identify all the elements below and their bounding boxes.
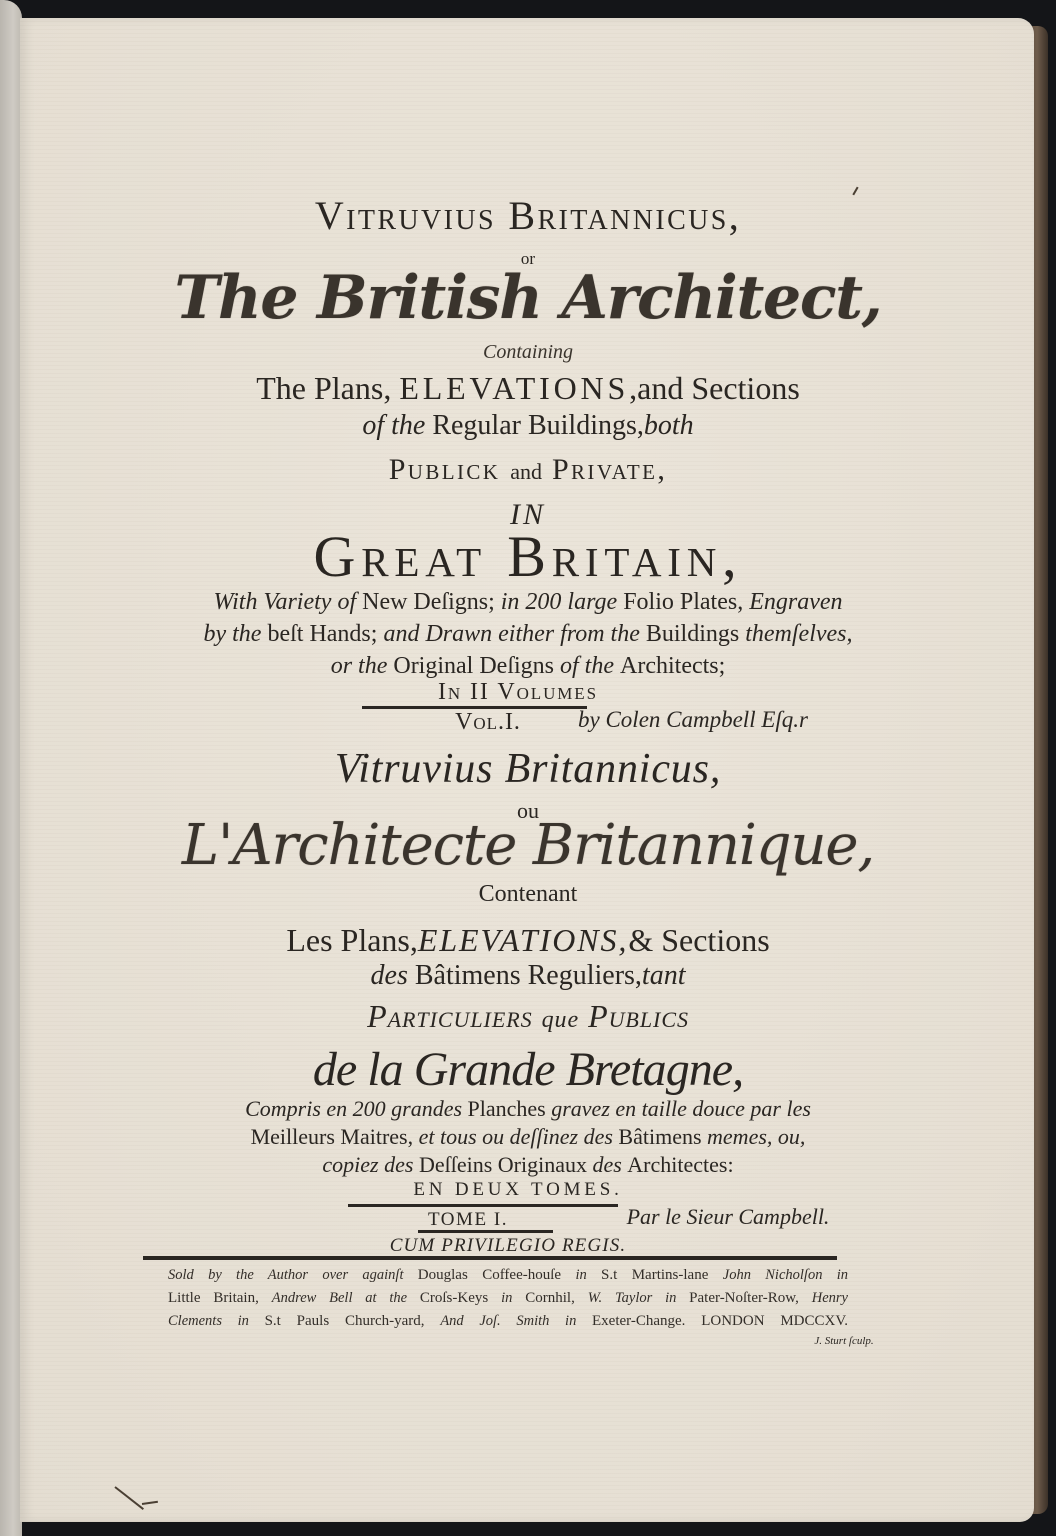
title-french: Vitruvius Britannicus, — [0, 748, 1056, 790]
text-run: des — [587, 1152, 627, 1177]
line-plans-elevations: The Plans, ELEVATIONS,and Sections — [0, 372, 1056, 404]
text-run: of the — [560, 653, 620, 679]
text: both — [644, 410, 694, 441]
text-run: Sold by the Author over againſt — [168, 1267, 418, 1283]
text-run: copiez des — [322, 1152, 419, 1177]
text-run: memes, ou, — [702, 1124, 806, 1149]
text-run: Architectes: — [627, 1152, 733, 1177]
line-variety-1: With Variety of New Deſigns; in 200 larg… — [0, 590, 1056, 614]
text: & Sections — [628, 922, 769, 958]
text-run: in — [501, 1290, 525, 1306]
line-great-britain: Great Britain, — [0, 528, 1056, 586]
text-run: W. Taylor in — [588, 1290, 689, 1306]
text-run: S.t Martins-lane — [601, 1267, 723, 1283]
imprint-line-1: Sold by the Author over againſt Douglas … — [168, 1264, 848, 1287]
text-run: John Nicholſon in — [723, 1267, 848, 1283]
text: of the — [362, 410, 432, 441]
text-run: Andrew Bell at the — [272, 1290, 420, 1306]
line-regular-buildings: of the Regular Buildings,both — [0, 412, 1056, 440]
text-run: Engraven — [743, 589, 842, 615]
line-compris-2: Meilleurs Maitres, et tous ou deſſinez d… — [0, 1126, 1056, 1148]
text-run: in 200 large — [495, 589, 623, 615]
text-run: Folio Plates, — [623, 589, 743, 615]
engraver-credit: J. Sturt ſculp. — [316, 1336, 1056, 1347]
line-variety-3: or the Original Deſigns of the Architect… — [0, 654, 1056, 678]
text-run: S.t Pauls Church-yard, — [265, 1313, 441, 1329]
text-run: Planches — [468, 1096, 546, 1121]
imprint-line-3: Clements in S.t Pauls Church-yard, And J… — [168, 1310, 848, 1333]
text: Publick — [389, 453, 501, 486]
text-run: gravez en taille douce par les — [546, 1096, 811, 1121]
text: Bâtimens Reguliers, — [415, 960, 642, 991]
text: Private, — [552, 453, 667, 486]
line-grande-bretagne: de la Grande Bretagne, — [0, 1046, 1056, 1094]
text: Publics — [588, 998, 689, 1034]
line-batimens: des Bâtimens Reguliers,tant — [0, 962, 1056, 990]
line-in-two-volumes: In II Volumes — [0, 680, 1046, 704]
text-run: Croſs-Keys — [420, 1290, 501, 1306]
line-par-campbell: Par le Sieur Campbell. — [200, 1206, 1056, 1228]
text-run: themſelves, — [739, 621, 852, 647]
text: des — [371, 960, 415, 991]
text-run: Architects; — [620, 653, 725, 679]
text: ,and Sections — [629, 370, 800, 406]
line-variety-2: by the beſt Hands; and Drawn either from… — [0, 622, 1056, 646]
subtitle-architecte-britannique: L'Architecte Britannique, — [0, 818, 1056, 874]
text-run: New Deſigns; — [362, 589, 495, 615]
text: que — [542, 1007, 580, 1033]
subtitle-british-architect: The British Architect, — [0, 268, 1056, 328]
text: Les Plans, — [286, 922, 418, 958]
line-publick-private: Publick and Private, — [0, 455, 1056, 485]
text-run: by the — [203, 621, 267, 647]
text-run: Bâtimens — [618, 1124, 701, 1149]
line-en-deux-tomes: EN DEUX TOMES. — [0, 1180, 1046, 1199]
text-run: et tous ou deſſinez des — [413, 1124, 618, 1149]
text-run: Original Deſigns — [393, 653, 560, 679]
text-run: or the — [331, 653, 394, 679]
text-run: Deſſeins Originaux — [419, 1152, 587, 1177]
text: Particuliers — [367, 998, 533, 1034]
line-particuliers-publics: Particuliers que Publics — [0, 1000, 1056, 1032]
text-run: and Drawn either from the — [377, 621, 645, 647]
line-author: by Colen Campbell Eſq.r — [165, 708, 1056, 731]
text-run: Henry — [812, 1290, 848, 1306]
text-run: And Joſ. Smith in — [440, 1313, 592, 1329]
text-run: LONDON MDCCXV. — [701, 1313, 848, 1329]
rule-imprint — [143, 1256, 837, 1260]
contenant-label: Contenant — [0, 882, 1056, 906]
text-run: Cornhil, — [525, 1290, 588, 1306]
text: tant — [642, 960, 686, 991]
containing-label: Containing — [0, 342, 1056, 362]
text: Regular Buildings, — [432, 410, 644, 441]
title-english: Vitruvius Britannicus, — [0, 196, 1056, 236]
text-run: Clements in — [168, 1313, 265, 1329]
text-run: in — [575, 1267, 601, 1283]
text: ELEVATIONS — [399, 370, 629, 406]
text-run: Pater-Noſter-Row, — [689, 1290, 812, 1306]
text: ELEVATIONS, — [418, 922, 628, 958]
rule-tome — [418, 1230, 553, 1233]
text-run: Buildings — [646, 621, 739, 647]
text-run: Douglas Coffee-houſe — [418, 1267, 576, 1283]
text-run: beſt Hands; — [267, 621, 377, 647]
text-run: Exeter-Change. — [592, 1313, 701, 1329]
text-run: With Variety of — [213, 589, 362, 615]
text: The Plans, — [256, 370, 399, 406]
text: and — [510, 459, 542, 484]
line-compris-1: Compris en 200 grandes Planches gravez e… — [0, 1098, 1056, 1120]
line-les-plans: Les Plans,ELEVATIONS,& Sections — [0, 924, 1056, 956]
text-run: Compris en 200 grandes — [245, 1096, 467, 1121]
imprint-line-2: Little Britain, Andrew Bell at the Croſs… — [168, 1287, 848, 1310]
text-run: Little Britain, — [168, 1290, 272, 1306]
line-privilegio: CUM PRIVILEGIO REGIS. — [0, 1236, 1036, 1255]
line-compris-3: copiez des Deſſeins Originaux des Archit… — [0, 1154, 1056, 1176]
text-run: Meilleurs Maitres, — [251, 1124, 414, 1149]
